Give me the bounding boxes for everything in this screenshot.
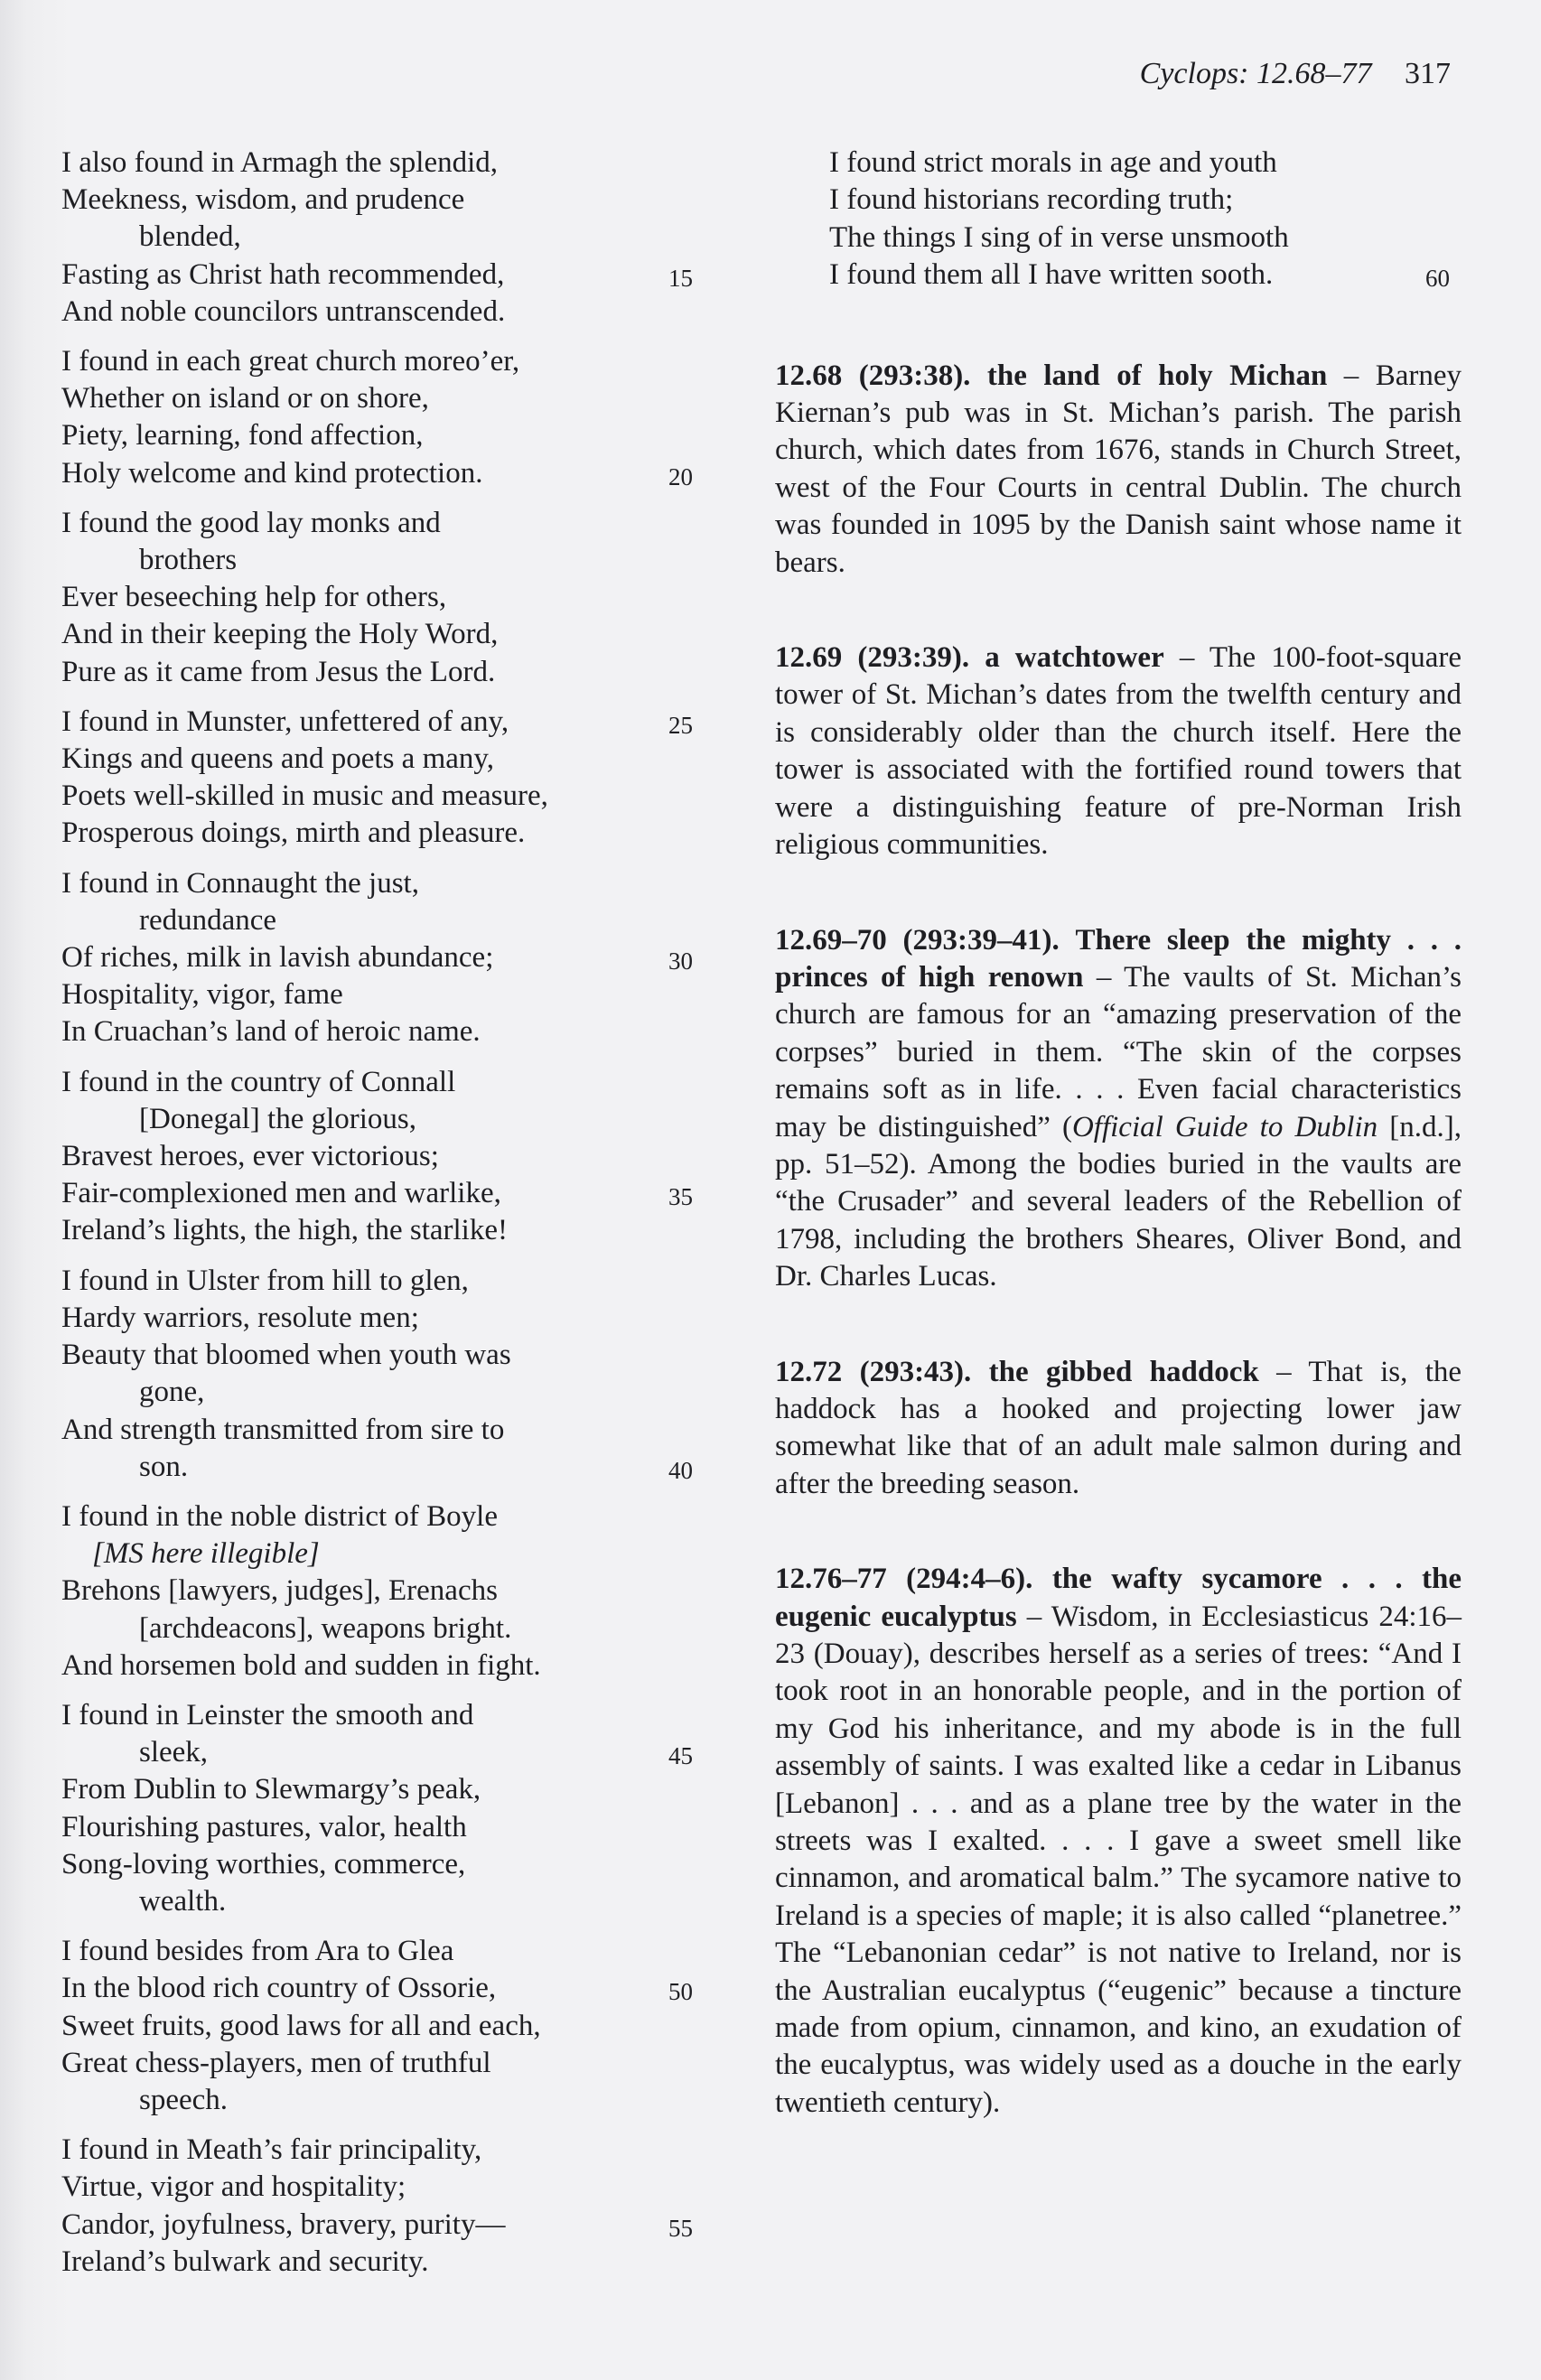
poem-line-text: Kings and queens and poets a many, (61, 742, 494, 775)
poem-line-text: Ireland’s lights, the high, the starlike… (61, 1214, 508, 1246)
poem-line: I found the good lay monks and (61, 505, 694, 542)
poem-line: Poets well-skilled in music and measure, (61, 778, 694, 815)
poem-line: I found in Meath’s fair principality, (61, 2132, 694, 2169)
poem-line-text: Beauty that bloomed when youth was (61, 1339, 511, 1371)
poem-line: Sweet fruits, good laws for all and each… (61, 2008, 694, 2045)
poem-line-text: Ireland’s bulwark and security. (61, 2245, 429, 2278)
poem-line: And horsemen bold and sudden in fight. (61, 1647, 694, 1685)
poem-line: I found in Ulster from hill to glen, (61, 1263, 694, 1300)
poem-line-text: gone, (139, 1376, 204, 1408)
poem-line-text: Brehons [lawyers, judges], Erenachs (61, 1574, 498, 1607)
poem-line-text: I found in Meath’s fair principality, (61, 2133, 481, 2166)
poem-line: I found them all I have written sooth.60 (829, 257, 1462, 294)
poem-line: Bravest heroes, ever victorious; (61, 1138, 694, 1175)
poem-line: I found in Leinster the smooth and (61, 1697, 694, 1734)
poem-line-text: Meekness, wisdom, and prudence (61, 183, 464, 216)
note-lemma: the gibbed haddock (989, 1356, 1259, 1388)
poem-stanza: I found in the noble district of Boyle[M… (61, 1498, 694, 1685)
running-head: Cyclops: 12.68–77 317 (1140, 56, 1451, 92)
poem-line: brothers (61, 542, 694, 579)
poem-line-text: Flourishing pastures, valor, health (61, 1811, 467, 1843)
note-ref: 12.72 (293:43). (775, 1356, 971, 1388)
poem-line-text: Of riches, milk in lavish abundance; (61, 941, 493, 974)
poem-line-text: speech. (139, 2084, 228, 2116)
poem-line-text: I found historians recording truth; (829, 183, 1233, 216)
poem-line-text: blended, (139, 220, 241, 253)
line-number: 55 (668, 2210, 693, 2247)
poem-line-text: I found in Leinster the smooth and (61, 1699, 473, 1731)
note-body: – The 100-foot-square tower of St. Micha… (775, 641, 1462, 861)
poem-line: son.40 (61, 1449, 694, 1486)
book-page: Cyclops: 12.68–77 317 I also found in Ar… (0, 0, 1541, 2380)
poem-line: And noble councilors untranscended. (61, 294, 694, 331)
line-number: 30 (668, 943, 693, 980)
poem-stanza: I found in Meath’s fair principality,Vir… (61, 2132, 694, 2281)
poem-line: blended, (61, 219, 694, 256)
poem-line-text: In the blood rich country of Ossorie, (61, 1972, 496, 2004)
poem-line: I found strict morals in age and youth (829, 145, 1462, 182)
poem-stanza: I found in Ulster from hill to glen,Hard… (61, 1263, 694, 1486)
poem-line: Fair-complexioned men and warlike,35 (61, 1175, 694, 1212)
line-number: 60 (1425, 260, 1450, 297)
annotation-12-68: 12.68 (293:38). the land of holy Michan … (775, 358, 1462, 582)
poem-line: Piety, learning, fond affection, (61, 417, 694, 454)
poem-line: And strength transmitted from sire to (61, 1412, 694, 1449)
poem-line-text: [Donegal] the glorious, (139, 1103, 416, 1135)
poem-line-text: I found in the noble district of Boyle (61, 1500, 498, 1533)
page-number: 317 (1405, 57, 1451, 90)
poem-line: Hardy warriors, resolute men; (61, 1300, 694, 1337)
annotation-12-72: 12.72 (293:43). the gibbed haddock – Tha… (775, 1354, 1462, 1504)
line-number: 20 (668, 459, 693, 496)
poem-line-text: I found the good lay monks and (61, 507, 441, 539)
poem-line-text: wealth. (139, 1885, 226, 1918)
poem-line: Fasting as Christ hath recommended,15 (61, 257, 694, 294)
poem-line-text: son. (139, 1451, 188, 1483)
poem-line: In the blood rich country of Ossorie,50 (61, 1970, 694, 2007)
poem-line: The things I sing of in verse unsmooth (829, 219, 1462, 257)
line-number: 40 (668, 1452, 693, 1489)
poem-line: I found besides from Ara to Glea (61, 1933, 694, 1970)
poem-line-text: I found in the country of Connall (61, 1066, 455, 1098)
poem-line-text: Bravest heroes, ever victorious; (61, 1140, 439, 1172)
poem-line-text: Whether on island or on shore, (61, 382, 429, 415)
poem-line-text: Poets well-skilled in music and measure, (61, 779, 548, 812)
poem-line-text: Piety, learning, fond affection, (61, 419, 423, 452)
note-lemma: a watchtower (985, 641, 1164, 674)
note-ref: 12.68 (293:38). (775, 359, 970, 392)
poem-line-text: Virtue, vigor and hospitality; (61, 2170, 406, 2203)
note-ref: 12.76–77 (294:4–6). (775, 1563, 1032, 1595)
poem-line-text: I found in Ulster from hill to glen, (61, 1265, 469, 1297)
poem-line-text: brothers (139, 544, 237, 576)
poem-line-text: Holy welcome and kind protection. (61, 457, 482, 490)
note-ref: 12.69–70 (293:39–41). (775, 924, 1060, 957)
poem-line: Great chess-players, men of truthful (61, 2045, 694, 2082)
poem-line-text: I found besides from Ara to Glea (61, 1935, 453, 1967)
poem-line-text: I found in Munster, unfettered of any, (61, 705, 509, 738)
line-number: 45 (668, 1738, 693, 1775)
poem-line-text: I found strict morals in age and youth (829, 146, 1277, 179)
poem-line-text: Fasting as Christ hath recommended, (61, 258, 504, 291)
poem-stanza: I found in Munster, unfettered of any,25… (61, 704, 694, 853)
poem-line: Meekness, wisdom, and prudence (61, 182, 694, 219)
poem-line: Brehons [lawyers, judges], Erenachs (61, 1573, 694, 1610)
poem-line: From Dublin to Slewmargy’s peak, (61, 1771, 694, 1808)
poem-line-text: Hardy warriors, resolute men; (61, 1302, 419, 1334)
poem-line: I found in Munster, unfettered of any,25 (61, 704, 694, 741)
line-number: 25 (668, 707, 693, 744)
poem-stanza: I found besides from Ara to GleaIn the b… (61, 1933, 694, 2119)
poem-line: Of riches, milk in lavish abundance;30 (61, 939, 694, 976)
annotation-12-76-77: 12.76–77 (294:4–6). the wafty sycamore .… (775, 1561, 1462, 2122)
poem-line-text: In Cruachan’s land of heroic name. (61, 1015, 481, 1048)
poem-line-text: Song-loving worthies, commerce, (61, 1848, 465, 1881)
poem-line: I also found in Armagh the splendid, (61, 145, 694, 182)
poem-line: Holy welcome and kind protection.20 (61, 455, 694, 492)
poem-line-text: sleek, (139, 1736, 208, 1769)
poem-line: Flourishing pastures, valor, health (61, 1809, 694, 1846)
poem-line-text: I found them all I have written sooth. (829, 258, 1273, 291)
poem-line: I found in each great church moreo’er, (61, 343, 694, 380)
poem-line: Whether on island or on shore, (61, 380, 694, 417)
poem-line-text: Sweet fruits, good laws for all and each… (61, 2010, 541, 2042)
poem-stanza: I found in the country of Connall[Donega… (61, 1064, 694, 1250)
poem-line: Pure as it came from Jesus the Lord. (61, 654, 694, 691)
line-number: 50 (668, 1974, 693, 2011)
poem-line-text: Candor, joyfulness, bravery, purity— (61, 2208, 505, 2241)
note-body: – Wisdom, in Ecclesiasticus 24:16–23 (Do… (775, 1601, 1462, 2119)
poem-line-text: I found in Connaught the just, (61, 867, 419, 900)
poem-line: Ireland’s bulwark and security. (61, 2244, 694, 2281)
poem-line: wealth. (61, 1883, 694, 1920)
poem-line-text: Pure as it came from Jesus the Lord. (61, 656, 495, 688)
note-lemma: the land of holy Michan (987, 359, 1327, 392)
poem-line-text: Ever beseeching help for others, (61, 581, 446, 613)
poem-line: I found in the noble district of Boyle (61, 1498, 694, 1535)
poem-column-left: I also found in Armagh the splendid,Meek… (61, 145, 694, 2293)
poem-line: speech. (61, 2082, 694, 2119)
poem-line-text: [archdeacons], weapons bright. (139, 1612, 511, 1645)
line-number: 35 (668, 1179, 693, 1216)
poem-line-text: Prosperous doings, mirth and pleasure. (61, 817, 525, 849)
poem-line-text: Fair-complexioned men and warlike, (61, 1177, 501, 1209)
poem-line-text: Great chess-players, men of truthful (61, 2047, 491, 2079)
poem-line: Song-loving worthies, commerce, (61, 1846, 694, 1883)
poem-line: Hospitality, vigor, fame (61, 976, 694, 1013)
poem-line-text: [MS here illegible] (92, 1537, 320, 1570)
line-number: 15 (668, 260, 693, 297)
poem-line: I found in the country of Connall (61, 1064, 694, 1101)
poem-line-text: I also found in Armagh the splendid, (61, 146, 498, 179)
poem-line: Prosperous doings, mirth and pleasure. (61, 815, 694, 852)
poem-line-text: And horsemen bold and sudden in fight. (61, 1649, 541, 1682)
poem-line-text: And in their keeping the Holy Word, (61, 618, 498, 650)
poem-line: Beauty that bloomed when youth was (61, 1337, 694, 1374)
poem-line: Ever beseeching help for others, (61, 579, 694, 616)
running-head-title: Cyclops: 12.68–77 (1140, 57, 1372, 90)
poem-stanza: I found in each great church moreo’er,Wh… (61, 343, 694, 492)
poem-line: I found historians recording truth; (829, 182, 1462, 219)
poem-line: gone, (61, 1374, 694, 1411)
poem-line-text: Hospitality, vigor, fame (61, 978, 343, 1011)
poem-line: Candor, joyfulness, bravery, purity—55 (61, 2207, 694, 2244)
poem-line-text: redundance (139, 904, 276, 937)
poem-stanza: I found the good lay monks andbrothersEv… (61, 505, 694, 691)
poem-line: In Cruachan’s land of heroic name. (61, 1013, 694, 1050)
poem-line: [Donegal] the glorious, (61, 1101, 694, 1138)
note-body: – Barney Kiernan’s pub was in St. Michan… (775, 359, 1462, 579)
poem-line: [MS here illegible] (61, 1535, 694, 1573)
poem-line: Ireland’s lights, the high, the starlike… (61, 1212, 694, 1249)
poem-line: Virtue, vigor and hospitality; (61, 2169, 694, 2206)
poem-stanza: I found in Leinster the smooth andsleek,… (61, 1697, 694, 1920)
poem-line-text: The things I sing of in verse unsmooth (829, 221, 1289, 254)
notes-column-right: I found strict morals in age and youthI … (775, 145, 1462, 2179)
note-ref: 12.69 (293:39). (775, 641, 969, 674)
annotation-12-69: 12.69 (293:39). a watchtower – The 100-f… (775, 639, 1462, 863)
poem-stanza: I found in Connaught the just,redundance… (61, 865, 694, 1051)
poem-line-text: I found in each great church moreo’er, (61, 345, 519, 378)
note-citation-title: Official Guide to Dublin (1072, 1111, 1378, 1143)
poem-line-text: And noble councilors untranscended. (61, 295, 505, 328)
poem-stanza: I also found in Armagh the splendid,Meek… (61, 145, 694, 331)
annotation-12-69-70: 12.69–70 (293:39–41). There sleep the mi… (775, 922, 1462, 1296)
poem-line-text: And strength transmitted from sire to (61, 1414, 504, 1446)
poem-line: I found in Connaught the just, (61, 865, 694, 902)
poem-line: sleek,45 (61, 1734, 694, 1771)
poem-line: redundance (61, 902, 694, 939)
poem-line: [archdeacons], weapons bright. (61, 1610, 694, 1647)
poem-line: And in their keeping the Holy Word, (61, 616, 694, 653)
poem-line: Kings and queens and poets a many, (61, 741, 694, 778)
poem-continuation: I found strict morals in age and youthI … (775, 145, 1462, 294)
poem-line-text: From Dublin to Slewmargy’s peak, (61, 1773, 481, 1806)
